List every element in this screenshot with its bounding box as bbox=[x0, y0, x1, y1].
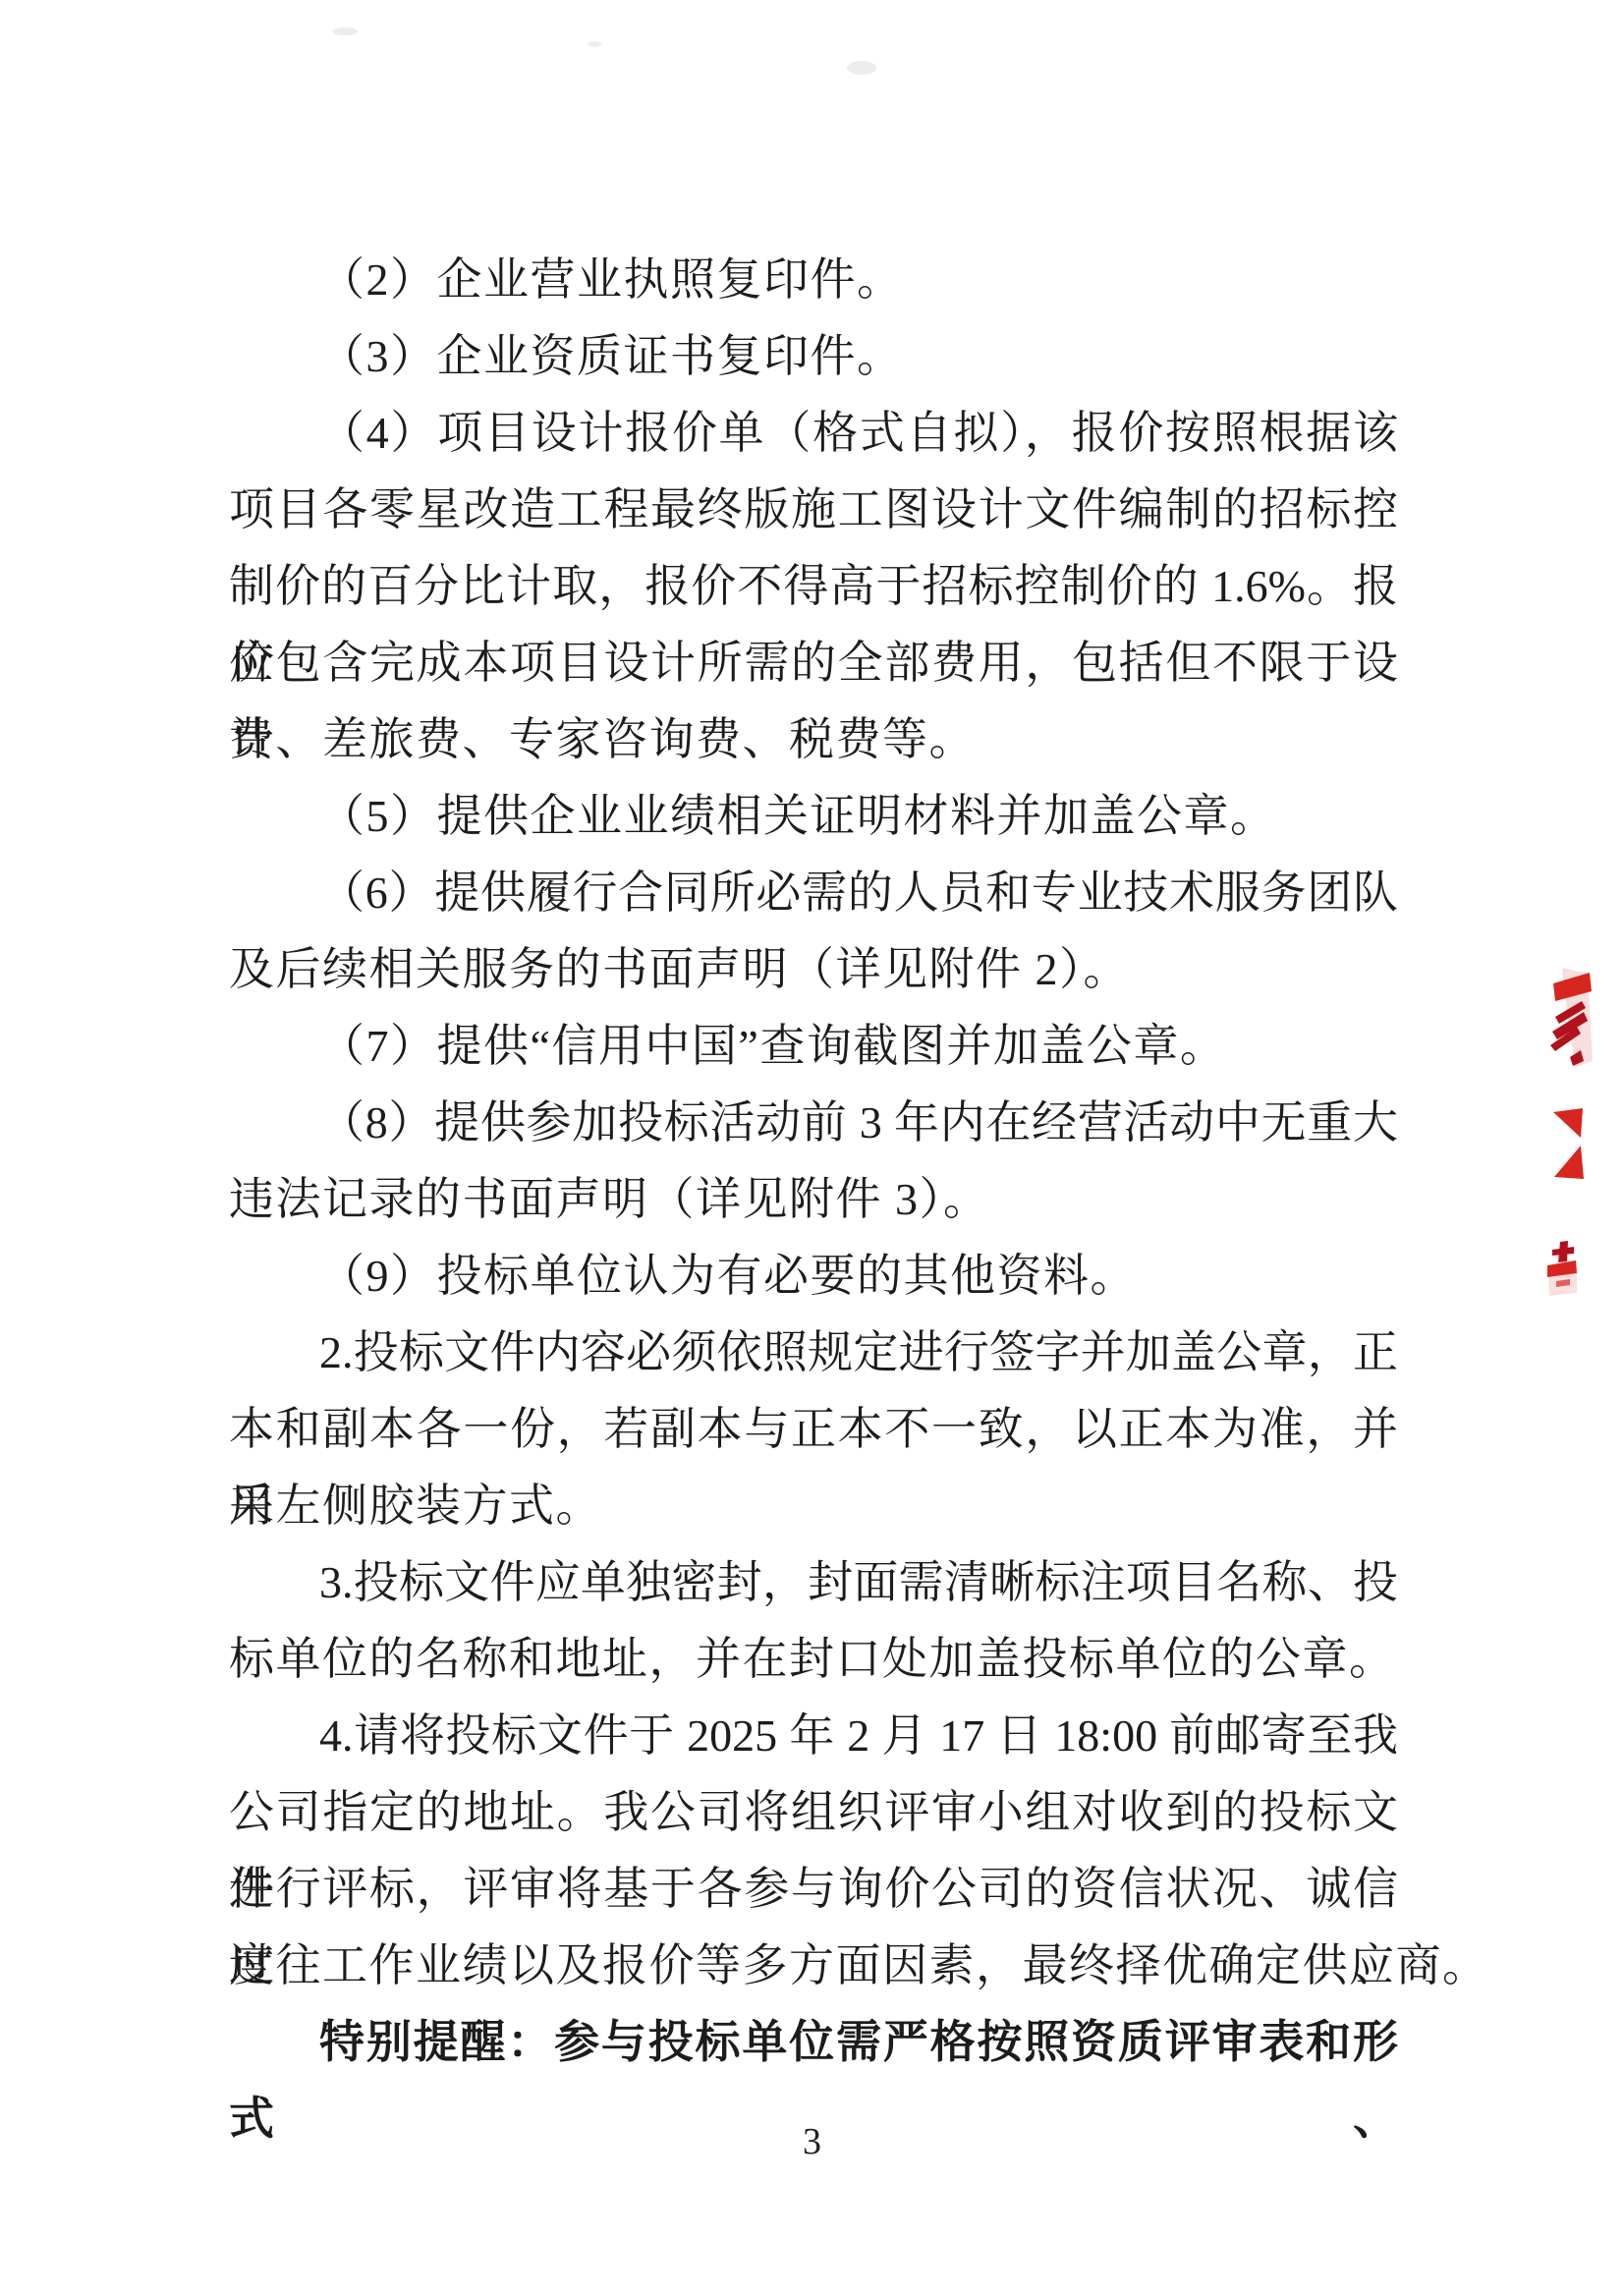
text-line: （7）提供“信用中国”查询截图并加盖公章。 bbox=[229, 1008, 1398, 1085]
text-line: （4）项目设计报价单（格式自拟），报价按照根据该 bbox=[229, 395, 1398, 472]
text-line: 特别提醒：参与投标单位需严格按照资质评审表和形式、 bbox=[229, 2004, 1398, 2081]
text-line: 本和副本各一份，若副本与正本不一致，以正本为准，并采 bbox=[229, 1391, 1398, 1468]
text-line: （3）企业资质证书复印件。 bbox=[229, 318, 1398, 395]
text-line: （5）提供企业业绩相关证明材料并加盖公章。 bbox=[229, 778, 1398, 855]
text-line: 标单位的名称和地址，并在封口处加盖投标单位的公章。 bbox=[229, 1621, 1398, 1698]
scan-smudge bbox=[588, 41, 601, 47]
text-line: 进行评标，评审将基于各参与询价公司的资信状况、诚信度、 bbox=[229, 1851, 1398, 1928]
text-line: 3.投标文件应单独密封，封面需清晰标注项目名称、投 bbox=[229, 1544, 1398, 1621]
text-line: 项目各零星改造工程最终版施工图设计文件编制的招标控 bbox=[229, 472, 1398, 548]
text-line: 及后续相关服务的书面声明（详见附件 2）。 bbox=[229, 931, 1398, 1008]
text-line: 过往工作业绩以及报价等多方面因素，最终择优确定供应商。 bbox=[229, 1928, 1398, 2004]
text-line: （8）提供参加投标活动前 3 年内在经营活动中无重大 bbox=[229, 1085, 1398, 1161]
stamp-fragment-top bbox=[1546, 965, 1596, 1071]
page-number: 3 bbox=[0, 2120, 1624, 2163]
text-line: 4.请将投标文件于 2025 年 2 月 17 日 18:00 前邮寄至我 bbox=[229, 1698, 1398, 1774]
text-line: 用左侧胶装方式。 bbox=[229, 1468, 1398, 1544]
text-line: 制价的百分比计取，报价不得高于招标控制价的 1.6%。报价 bbox=[229, 548, 1398, 625]
text-line: 2.投标文件内容必须依照规定进行签字并加盖公章，正 bbox=[229, 1315, 1398, 1391]
stamp-fragment-middle bbox=[1550, 1106, 1586, 1181]
text-line: 违法记录的书面声明（详见附件 3）。 bbox=[229, 1161, 1398, 1238]
text-line: （2）企业营业执照复印件。 bbox=[229, 242, 1398, 318]
text-line: （6）提供履行合同所必需的人员和专业技术服务团队 bbox=[229, 855, 1398, 931]
document-page: { "page": { "number": "3" }, "colors": {… bbox=[0, 0, 1624, 2295]
text-line: 公司指定的地址。我公司将组织评审小组对收到的投标文件 bbox=[229, 1774, 1398, 1851]
text-line: （9）投标单位认为有必要的其他资料。 bbox=[229, 1238, 1398, 1315]
text-line: 应包含完成本项目设计所需的全部费用，包括但不限于设计 bbox=[229, 625, 1398, 701]
text-line: 费、差旅费、专家咨询费、税费等。 bbox=[229, 701, 1398, 778]
scan-smudge bbox=[332, 28, 358, 35]
stamp-fragment-bottom bbox=[1544, 1240, 1580, 1299]
scan-smudge bbox=[847, 61, 876, 75]
document-body: （2）企业营业执照复印件。（3）企业资质证书复印件。（4）项目设计报价单（格式自… bbox=[229, 242, 1398, 2081]
